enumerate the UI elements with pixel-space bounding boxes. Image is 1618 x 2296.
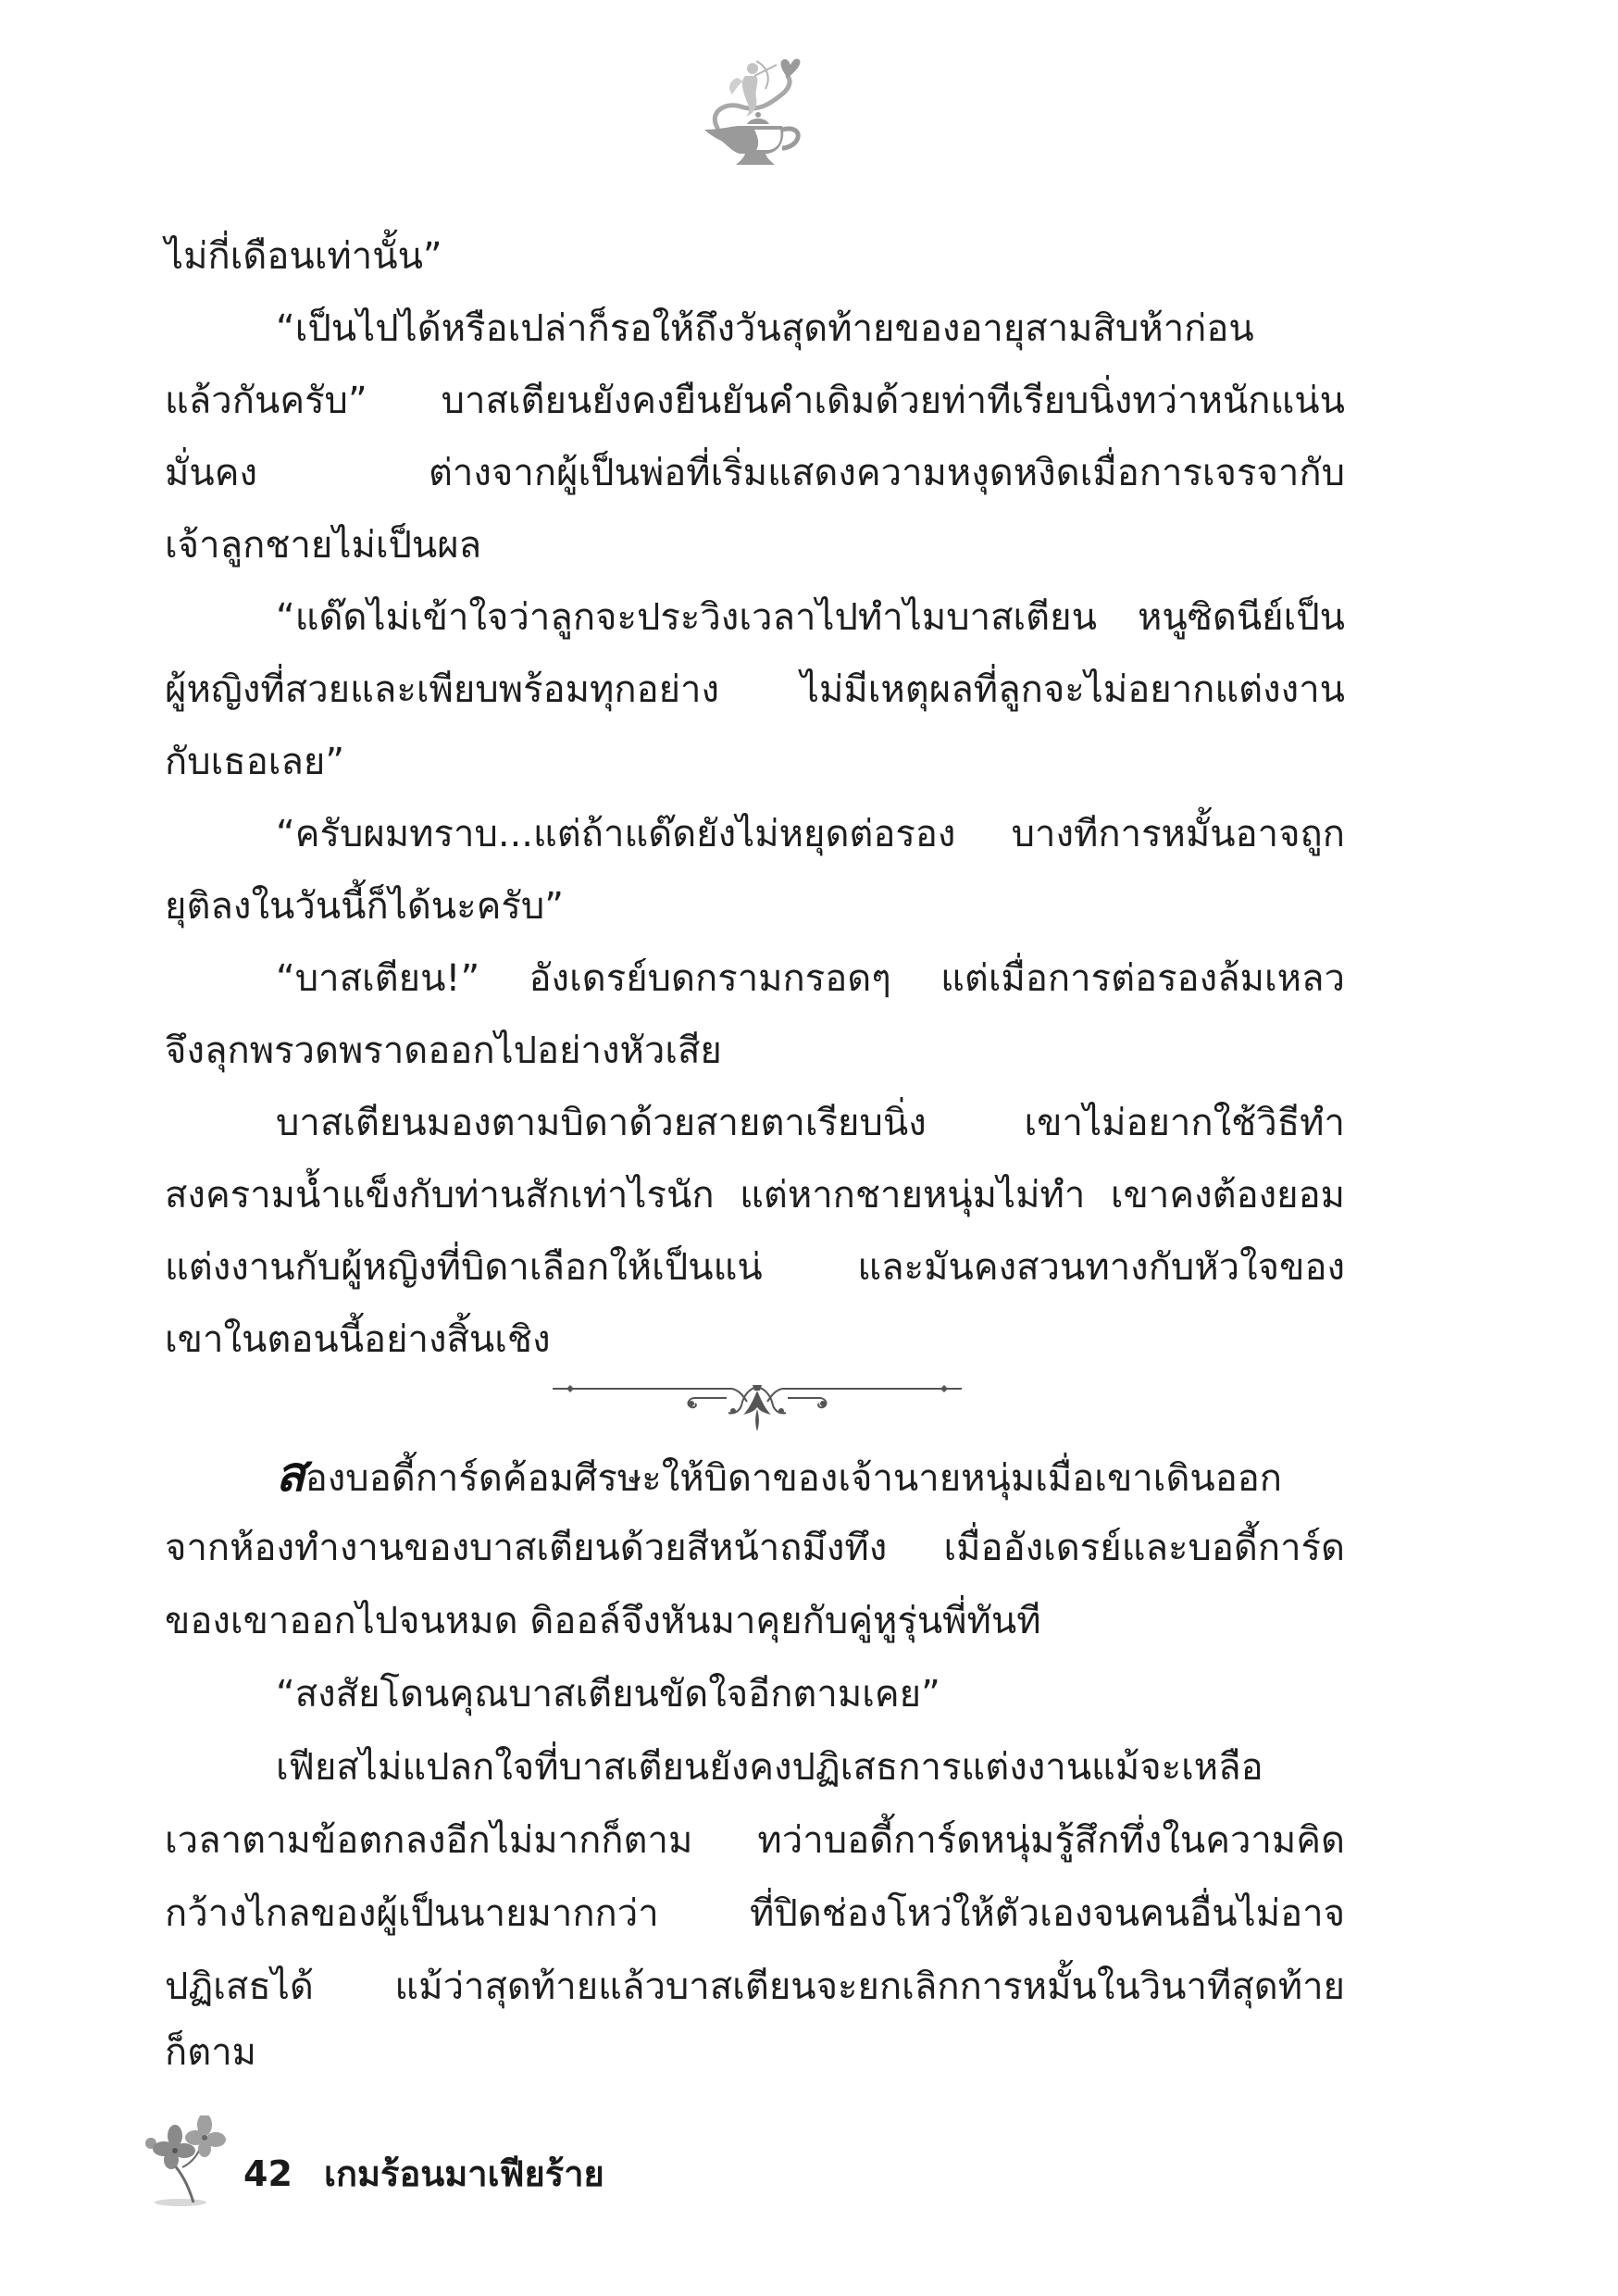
text-line: ผู้หญิงที่สวยและเพียบพร้อมทุกอย่าง ไม่มี… <box>165 654 1345 726</box>
text-line: ปฏิเสธได้ แม้ว่าสุดท้ายแล้วบาสเตียนจะยกเ… <box>165 1951 1345 2023</box>
text-line: “เป็นไปได้หรือเปล่าก็รอให้ถึงวันสุดท้ายข… <box>276 293 1345 365</box>
text-line: กับเธอเลย” <box>165 726 1345 798</box>
text-line: บาสเตียนมองตามบิดาด้วยสายตาเรียบนิ่ง เขา… <box>276 1087 1345 1159</box>
text-line: จึงลุกพรวดพราดออกไปอย่างหัวเสีย <box>165 1015 1345 1087</box>
text-line: เวลาตามข้อตกลงอีกไม่มากก็ตาม ทว่าบอดี้กา… <box>165 1804 1345 1877</box>
orchid-icon <box>143 2115 236 2208</box>
book-title: เกมร้อนมาเฟียร้าย <box>324 2151 604 2197</box>
page-number: 42 <box>243 2151 292 2197</box>
text-line: จากห้องทำงานของบาสเตียนด้วยสีหน้าถมึงทึง… <box>165 1512 1345 1584</box>
text-line: แต่งงานกับผู้หญิงที่บิดาเลือกให้เป็นแน่ … <box>165 1231 1345 1304</box>
text-line: มั่นคง ต่างจากผู้เป็นพ่อที่เริ่มแสดงความ… <box>165 437 1345 509</box>
book-page: ไม่กี่เดือนเท่านั้น” “เป็นไปได้หรือเปล่า… <box>0 0 1618 2296</box>
text-span: องบอดี้การ์ดค้อมศีรษะให้บิดาของเจ้านายหน… <box>305 1457 1282 1500</box>
text-line: ก็ตาม <box>165 2016 1345 2089</box>
ornamental-divider-icon <box>551 1368 964 1435</box>
text-line: “ครับผมทราบ...แต่ถ้าแด๊ดยังไม่หยุดต่อรอง… <box>276 798 1345 870</box>
text-line: กว้างไกลของผู้เป็นนายมากกว่า ที่ปิดช่องโ… <box>165 1878 1345 1950</box>
drop-cap-letter: ส <box>276 1447 305 1503</box>
text-line: สงครามน้ำแข็งกับท่านสักเท่าไรนัก แต่หากช… <box>165 1159 1345 1231</box>
text-line: เฟียสไม่แปลกใจที่บาสเตียนยังคงปฏิเสธการแ… <box>276 1731 1345 1803</box>
text-line: “สงสัยโดนคุณบาสเตียนขัดใจอีกตามเคย” <box>276 1658 1345 1730</box>
text-line: ไม่กี่เดือนเท่านั้น” <box>165 220 1345 293</box>
text-line: “บาสเตียน!” อังเดรย์บดกรามกรอดๆ แต่เมื่อ… <box>276 942 1345 1015</box>
text-line: “แด๊ดไม่เข้าใจว่าลูกจะประวิงเวลาไปทำไมบา… <box>276 581 1345 654</box>
text-line: ยุติลงในวันนี้ก็ได้นะครับ” <box>165 870 1345 942</box>
text-line: แล้วกันครับ” บาสเตียนยังคงยืนยันคำเดิมด้… <box>165 365 1345 437</box>
cupid-teapot-ornament-icon <box>699 56 810 168</box>
text-line-with-drop-cap: สองบอดี้การ์ดค้อมศีรษะให้บิดาของเจ้านายห… <box>276 1439 1345 1511</box>
text-line: เจ้าลูกชายไม่เป็นผล <box>165 509 1345 581</box>
text-line: ของเขาออกไปจนหมด ดิออล์จึงหันมาคุยกับคู่… <box>165 1585 1345 1657</box>
text-line: เขาในตอนนี้อย่างสิ้นเชิง <box>165 1304 1345 1376</box>
page-footer: 42 เกมร้อนมาเฟียร้าย <box>143 2115 791 2217</box>
